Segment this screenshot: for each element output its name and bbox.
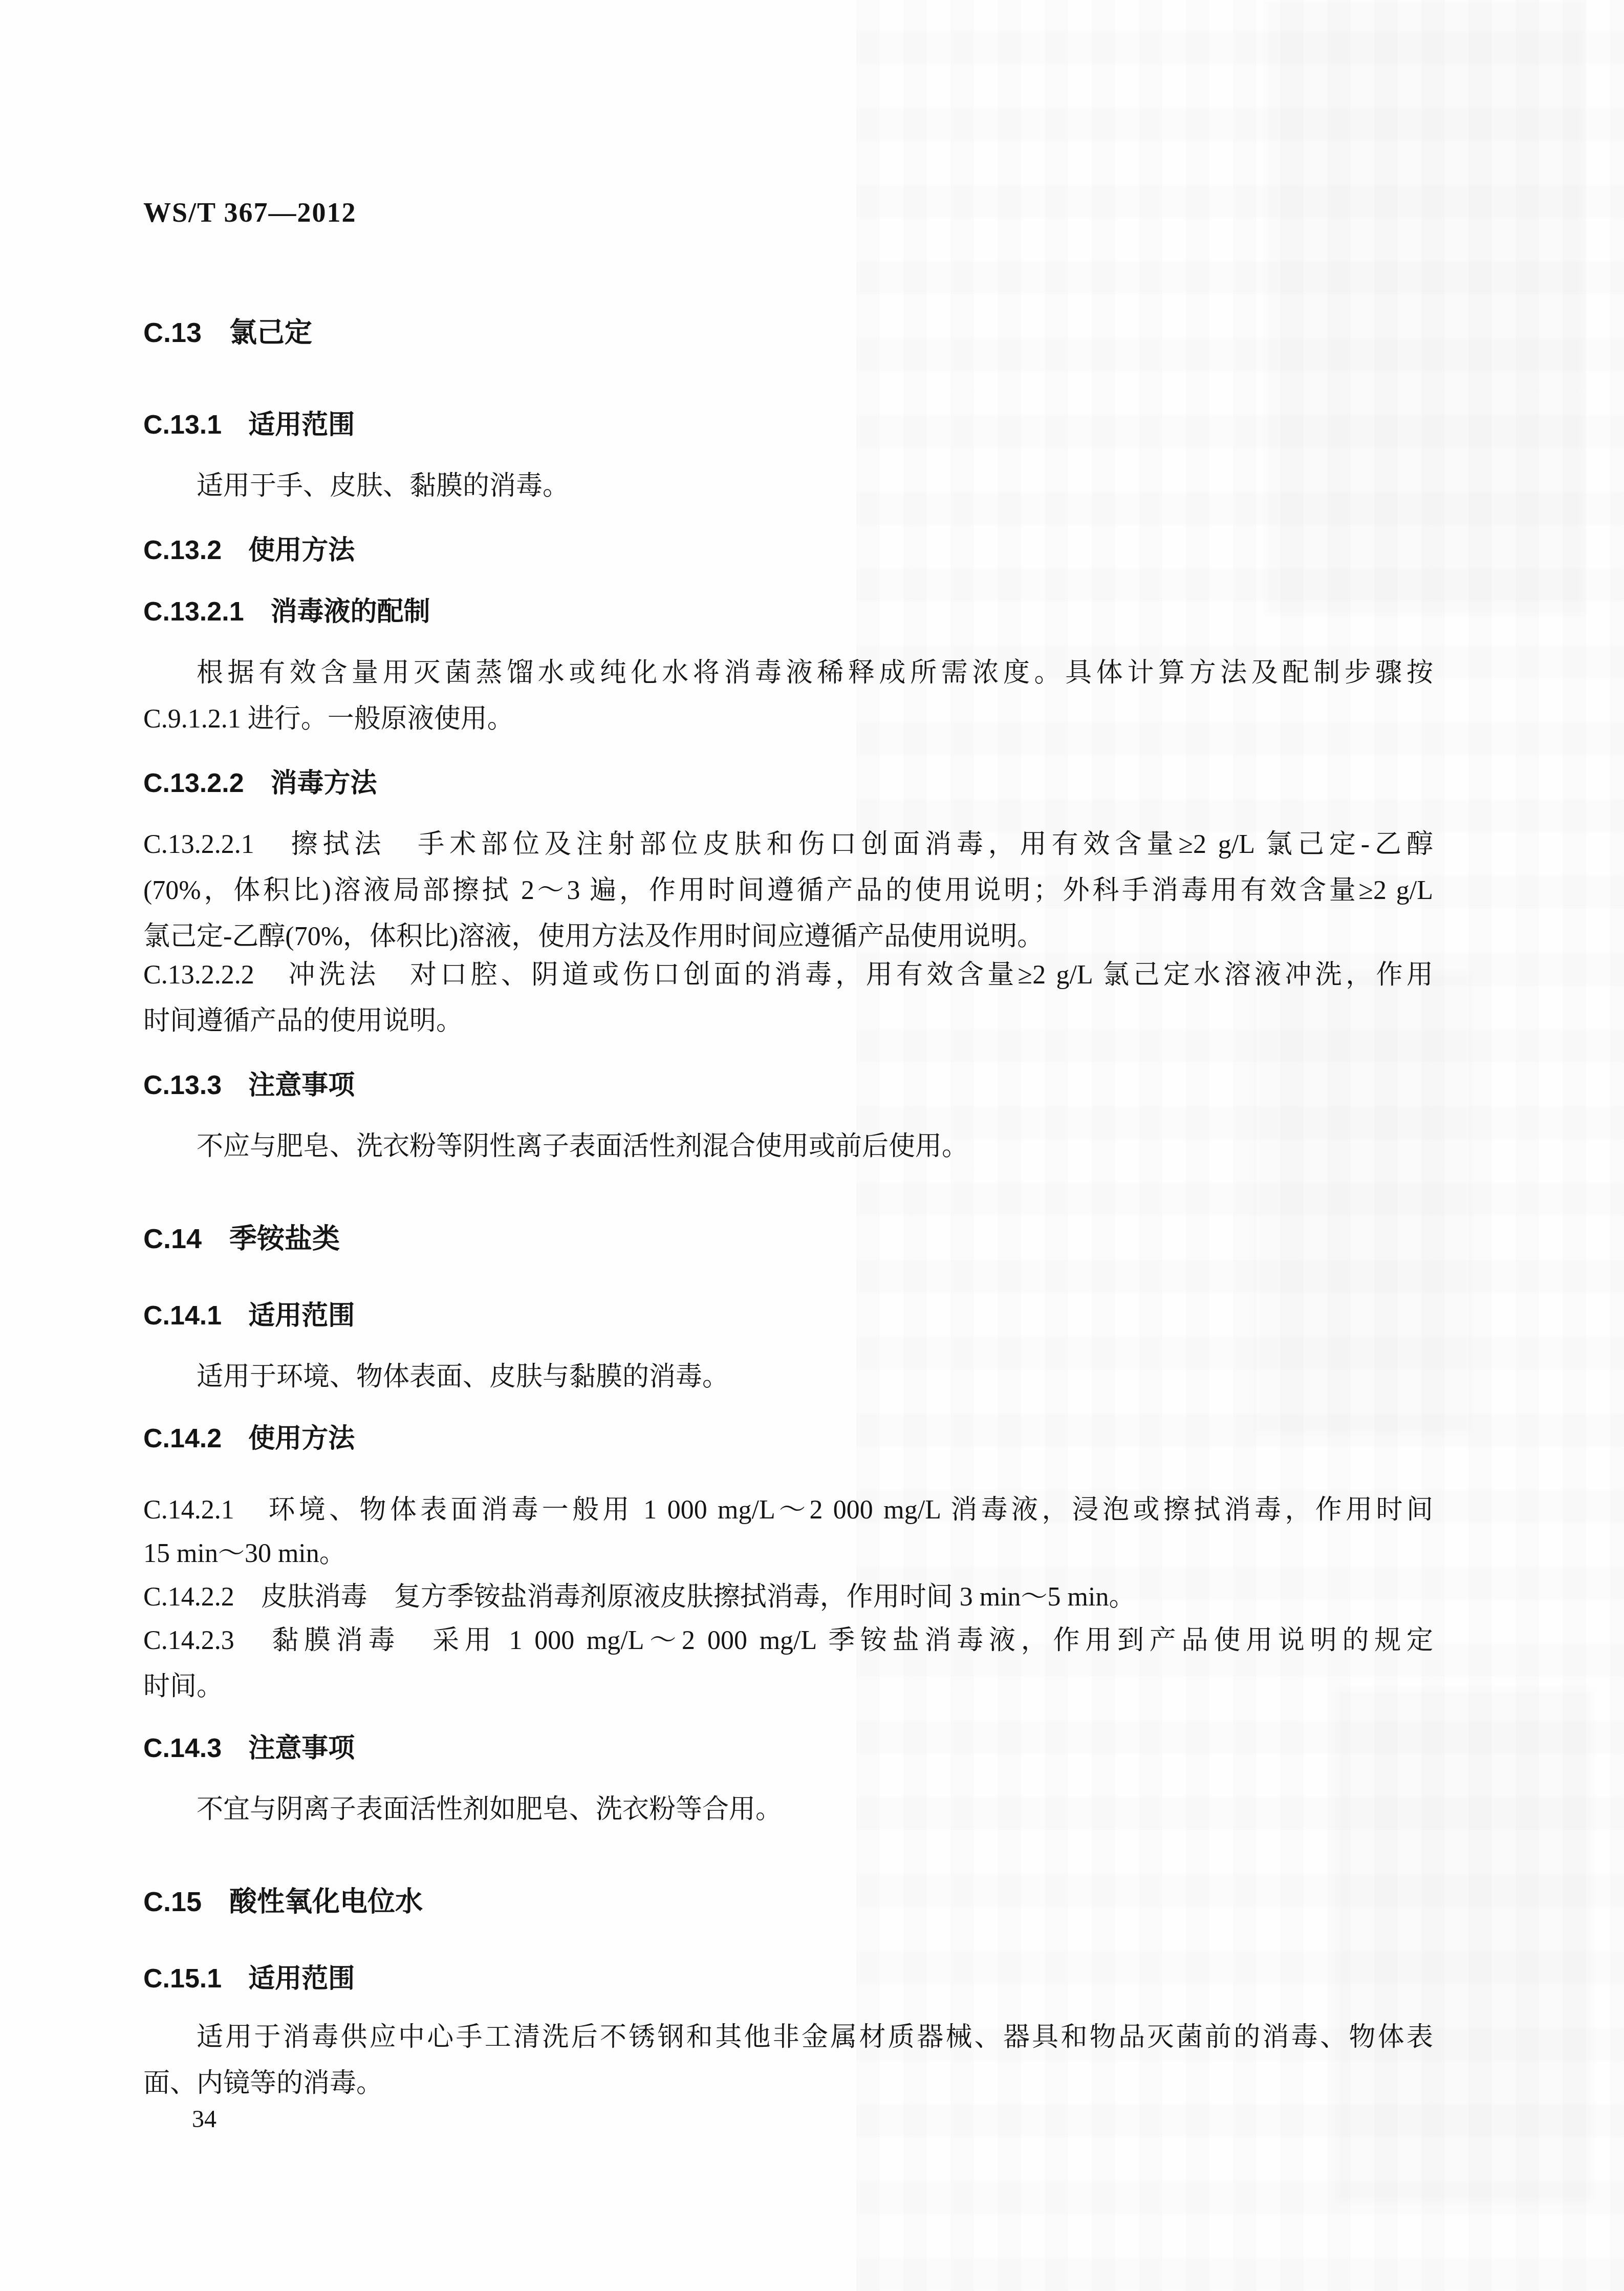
document-content: C.13 氯己定C.13.1 适用范围适用于手、皮肤、黏膜的消毒。C.13.2 … — [0, 310, 1433, 2107]
paragraph-line: 适用于环境、物体表面、皮肤与黏膜的消毒。 — [143, 1354, 1433, 1400]
section-heading: C.14 季铵盐类 — [143, 1216, 1433, 1262]
subsection-heading: C.14.3 注意事项 — [143, 1725, 1433, 1771]
subsection-heading: C.13.1 适用范围 — [143, 402, 1433, 448]
numbered-paragraph-line: C.14.2.3 黏膜消毒 采用 1 000 mg/L～2 000 mg/L 季… — [143, 1618, 1433, 1664]
subsection-heading: C.14.2 使用方法 — [143, 1416, 1433, 1462]
numbered-paragraph-line: C.13.2.2.1 擦拭法 手术部位及注射部位皮肤和伤口创面消毒，用有效含量≥… — [143, 822, 1433, 868]
standard-number-header: WS/T 367—2012 — [0, 0, 1624, 235]
subsection-heading: C.13.3 注意事项 — [143, 1062, 1433, 1108]
subsubsection-heading: C.13.2.2 消毒方法 — [143, 760, 1433, 806]
subsection-heading: C.13.2 使用方法 — [143, 527, 1433, 573]
subsubsection-heading: C.13.2.1 消毒液的配制 — [143, 589, 1433, 635]
paragraph-line: 时间遵循产品的使用说明。 — [143, 998, 1433, 1044]
paragraph-line: 不宜与阴离子表面活性剂如肥皂、洗衣粉等合用。 — [143, 1787, 1433, 1833]
paragraph-line: 时间。 — [143, 1664, 1433, 1710]
numbered-paragraph-line: C.14.2.1 环境、物体表面消毒一般用 1 000 mg/L～2 000 m… — [143, 1487, 1433, 1533]
numbered-paragraph-line: C.14.2.2 皮肤消毒 复方季铵盐消毒剂原液皮肤擦拭消毒，作用时间 3 mi… — [143, 1574, 1433, 1620]
paragraph-line: 面、内镜等的消毒。 — [143, 2061, 1433, 2107]
subsection-heading: C.15.1 适用范围 — [143, 1956, 1433, 2002]
paragraph-line: C.9.1.2.1 进行。一般原液使用。 — [143, 696, 1433, 742]
page-number: 34 — [192, 2104, 216, 2135]
paragraph-line: 适用于消毒供应中心手工清洗后不锈钢和其他非金属材质器械、器具和物品灭菌前的消毒、… — [143, 2015, 1433, 2061]
paragraph-line: 不应与肥皂、洗衣粉等阴性离子表面活性剂混合使用或前后使用。 — [143, 1124, 1433, 1170]
document-page: WS/T 367—2012 C.13 氯己定C.13.1 适用范围适用于手、皮肤… — [0, 0, 1624, 2291]
subsection-heading: C.14.1 适用范围 — [143, 1293, 1433, 1339]
paragraph-line: 15 min～30 min。 — [143, 1531, 1433, 1577]
paragraph-line: 根据有效含量用灭菌蒸馏水或纯化水将消毒液稀释成所需浓度。具体计算方法及配制步骤按 — [143, 650, 1433, 696]
paragraph-line: (70%，体积比)溶液局部擦拭 2～3 遍，作用时间遵循产品的使用说明；外科手消… — [143, 868, 1433, 914]
section-heading: C.15 酸性氧化电位水 — [143, 1879, 1433, 1925]
numbered-paragraph-line: C.13.2.2.2 冲洗法 对口腔、阴道或伤口创面的消毒，用有效含量≥2 g/… — [143, 952, 1433, 998]
paragraph-line: 适用于手、皮肤、黏膜的消毒。 — [143, 463, 1433, 509]
section-heading: C.13 氯己定 — [143, 310, 1433, 356]
